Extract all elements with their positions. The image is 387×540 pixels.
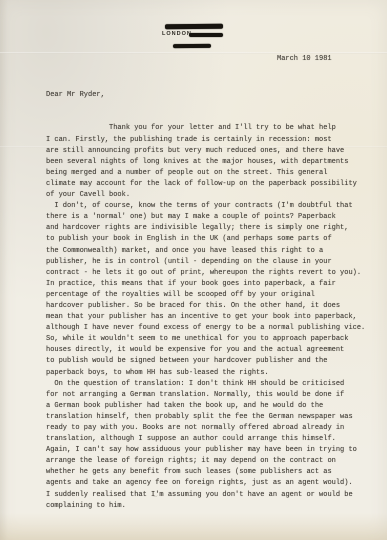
pencil-mark: ~ (153, 493, 159, 501)
letter-body: Dear Mr Ryder, Thank you for your letter… (46, 68, 365, 534)
redaction-bar-middle (189, 33, 223, 38)
body-text: Thank you for your letter and I'll try t… (46, 123, 365, 511)
redaction-bar-top (165, 24, 223, 29)
letter-page: LONDON March 10 1981 Dear Mr Ryder, Than… (0, 0, 387, 540)
letterhead-city: LONDON (162, 31, 192, 37)
letter-date: March 10 1981 (277, 54, 332, 65)
salutation: Dear Mr Ryder, (46, 90, 365, 101)
redaction-bar-bottom (173, 44, 211, 48)
